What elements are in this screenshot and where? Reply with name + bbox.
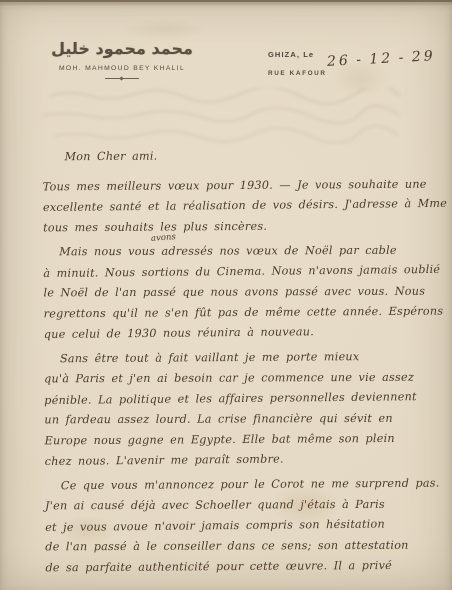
handwriting-line: de sa parfaite authenticité pour cette œ… xyxy=(45,555,437,578)
verso-ink-show-through xyxy=(40,88,410,148)
arabic-calligraphy-signature: محمد محمود خليل xyxy=(38,38,206,60)
letterhead-name: MOH. MAHMOUD BEY KHALIL xyxy=(38,65,206,72)
paper-top-edge xyxy=(0,0,452,5)
handwriting-line: et je vous avoue n'avoir jamais compris … xyxy=(45,513,437,538)
handwriting-line: à minuit. Nous sortions du Cinema. Nous … xyxy=(43,259,435,284)
handwriting-line: qu'à Paris et j'en ai besoin car je comm… xyxy=(44,368,436,390)
handwriting-line: J'en ai causé déjà avec Schoeller quand … xyxy=(45,495,437,517)
paper-stain xyxy=(120,18,210,40)
divider-diamond-icon xyxy=(119,76,123,80)
handwriting-line: excellente santé et la réalisation de vo… xyxy=(43,194,435,219)
letterhead-right-block: GHIZA, Le 26 - 12 - 29 RUE KAFOUR xyxy=(268,48,436,77)
handwriting-line: un fardeau assez lourd. La crise financi… xyxy=(44,409,436,431)
handwriting-line: que celui de 1930 nous réunira à nouveau… xyxy=(44,321,436,346)
handwriting-line: Sans être tout à fait vaillant je me por… xyxy=(44,346,436,369)
handwriting-line: le Noël de l'an passé que nous avons pas… xyxy=(43,282,435,304)
handwritten-date: 26 - 12 - 29 xyxy=(327,48,436,70)
letterhead-street: RUE KAFOUR xyxy=(268,70,436,77)
handwriting-line: de l'an passé à le conseiller dans ce se… xyxy=(45,536,437,558)
handwriting-line: Mais nous vous adressés nos vœux de Noël… xyxy=(43,241,435,263)
handwriting-line: tous mes souhaits les plus sincères. xyxy=(43,215,435,238)
handwriting-line: chez nous. L'avenir me paraît sombre. xyxy=(45,448,437,473)
handwriting-line: Ce que vous m'annoncez pour le Corot ne … xyxy=(45,473,437,496)
letterhead-left-block: محمد محمود خليل MOH. MAHMOUD BEY KHALIL xyxy=(38,38,206,81)
scanned-letter-page: محمد محمود خليل MOH. MAHMOUD BEY KHALIL … xyxy=(0,0,452,590)
handwritten-body: Mon Cher ami. Tous mes meilleurs vœux po… xyxy=(43,145,438,579)
handwriting-line: pénible. La politique et les affaires pe… xyxy=(44,386,436,411)
letterhead-place-label: GHIZA, Le xyxy=(268,50,314,59)
letterhead-divider xyxy=(105,76,139,81)
inserted-word-above-line: avons xyxy=(151,232,176,244)
salutation: Mon Cher ami. xyxy=(64,145,434,168)
